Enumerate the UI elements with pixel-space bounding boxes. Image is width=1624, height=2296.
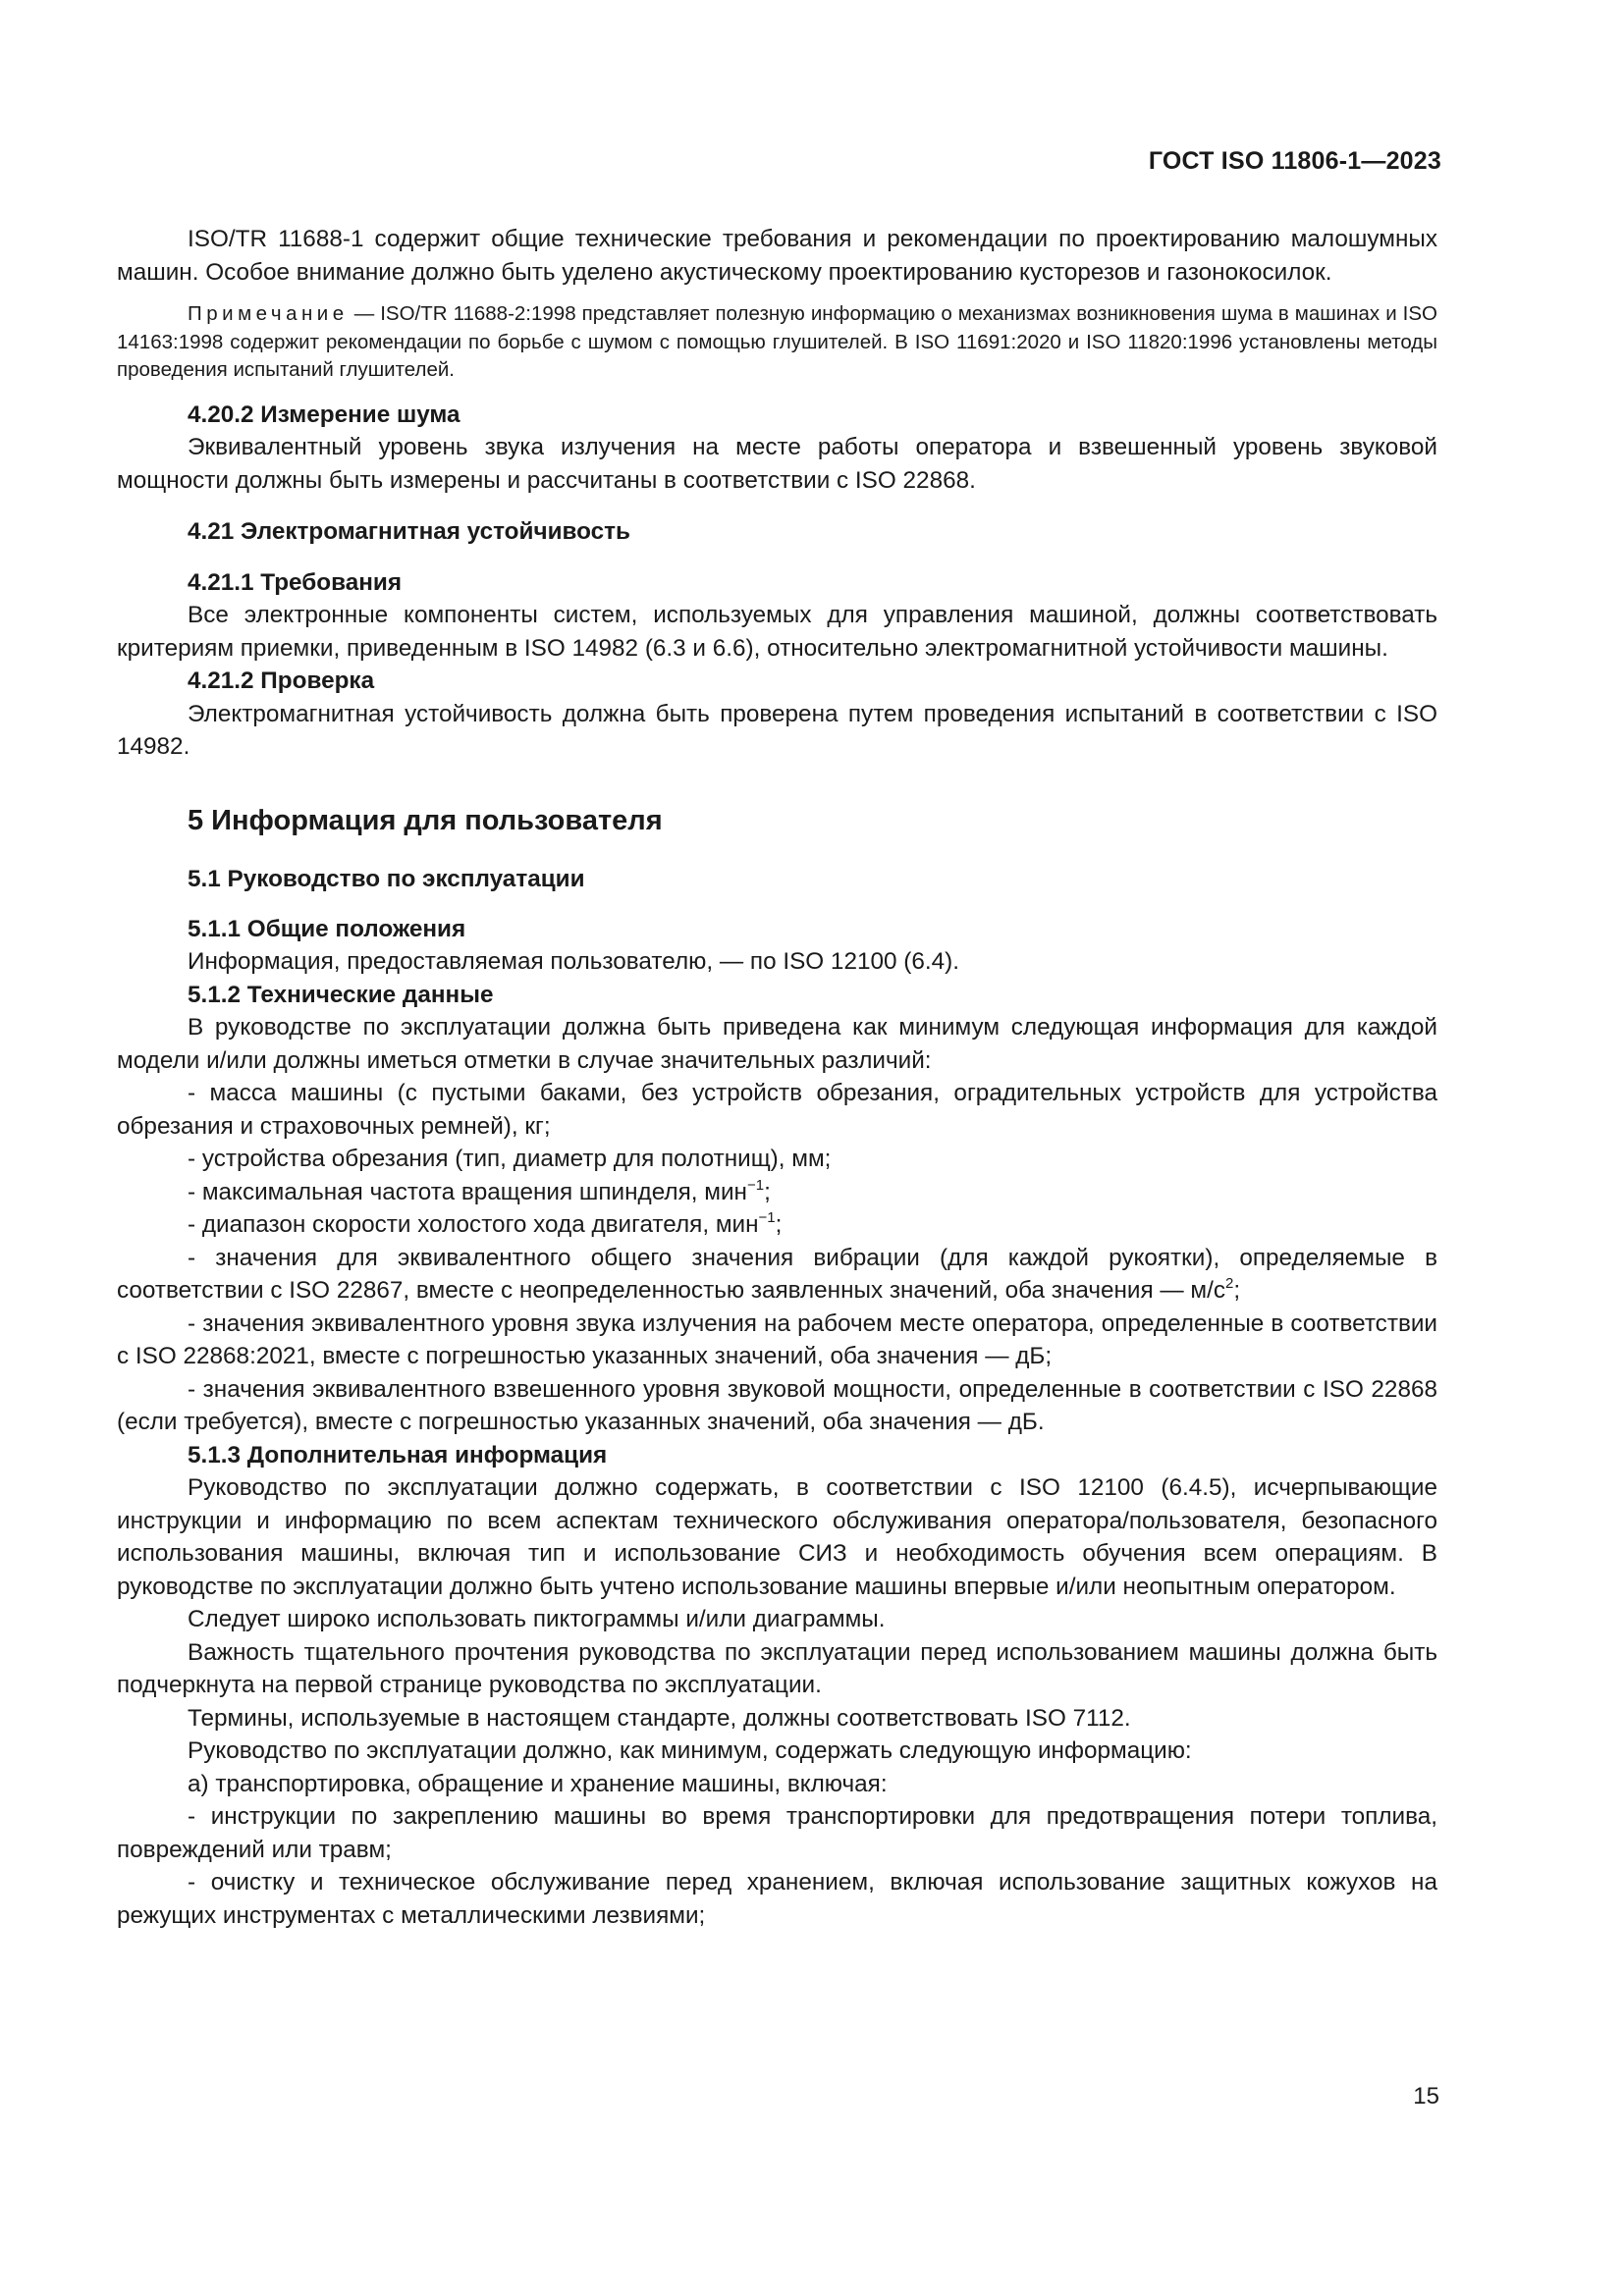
paragraph: Руководство по эксплуатации должно, как … (117, 1735, 1437, 1768)
list-item: а) транспортировка, обращение и хранение… (117, 1768, 1437, 1801)
heading-5: 5 Информация для пользователя (117, 805, 1437, 838)
paragraph: Термины, используемые в настоящем станда… (117, 1702, 1437, 1735)
text-4-21-2: Электромагнитная устойчивость должна быт… (117, 698, 1437, 764)
text-5-1-1: Информация, предоставляемая пользователю… (117, 945, 1437, 979)
paragraph: Следует широко использовать пиктограммы … (117, 1603, 1437, 1636)
list-item: - диапазон скорости холостого хода двига… (117, 1208, 1437, 1242)
document-page: ГОСТ ISO 11806-1—2023 ISO/TR 11688-1 сод… (0, 0, 1624, 2296)
text-4-21-1: Все электронные компоненты систем, испол… (117, 599, 1437, 665)
list-item: - инструкции по закреплению машины во вр… (117, 1800, 1437, 1866)
technical-data-list: - масса машины (с пустыми баками, без ус… (117, 1077, 1437, 1439)
list-item: - очистку и техническое обслуживание пер… (117, 1866, 1437, 1932)
note-label: Примечание (188, 302, 349, 325)
heading-5-1-2: 5.1.2 Технические данные (117, 979, 1437, 1012)
page-number: 15 (1413, 2083, 1439, 2110)
heading-5-1-1: 5.1.1 Общие положения (117, 913, 1437, 946)
heading-4-21-2: 4.21.2 Проверка (117, 665, 1437, 698)
document-code-header: ГОСТ ISO 11806-1—2023 (1149, 147, 1441, 176)
paragraph: Важность тщательного прочтения руководст… (117, 1636, 1437, 1702)
heading-5-1: 5.1 Руководство по эксплуатации (117, 863, 1437, 896)
heading-5-1-3: 5.1.3 Дополнительная информация (117, 1439, 1437, 1472)
heading-4-21: 4.21 Электромагнитная устойчивость (117, 515, 1437, 549)
note: Примечание — ISO/TR 11688-2:1998 предста… (117, 300, 1437, 385)
heading-4-20-2: 4.20.2 Измерение шума (117, 399, 1437, 432)
list-item: - масса машины (с пустыми баками, без ус… (117, 1077, 1437, 1143)
intro-paragraph: ISO/TR 11688-1 содержит общие технически… (117, 223, 1437, 289)
list-item: - устройства обрезания (тип, диаметр для… (117, 1143, 1437, 1176)
page-content: ISO/TR 11688-1 содержит общие технически… (117, 223, 1437, 1932)
paragraph: Руководство по эксплуатации должно содер… (117, 1471, 1437, 1603)
list-item: - значения эквивалентного взвешенного ур… (117, 1373, 1437, 1439)
list-item: - максимальная частота вращения шпинделя… (117, 1176, 1437, 1209)
text-5-1-2: В руководстве по эксплуатации должна быт… (117, 1011, 1437, 1077)
list-item: - значения для эквивалентного общего зна… (117, 1242, 1437, 1308)
heading-4-21-1: 4.21.1 Требования (117, 566, 1437, 600)
list-item: - значения эквивалентного уровня звука и… (117, 1308, 1437, 1373)
text-4-20-2: Эквивалентный уровень звука излучения на… (117, 431, 1437, 497)
